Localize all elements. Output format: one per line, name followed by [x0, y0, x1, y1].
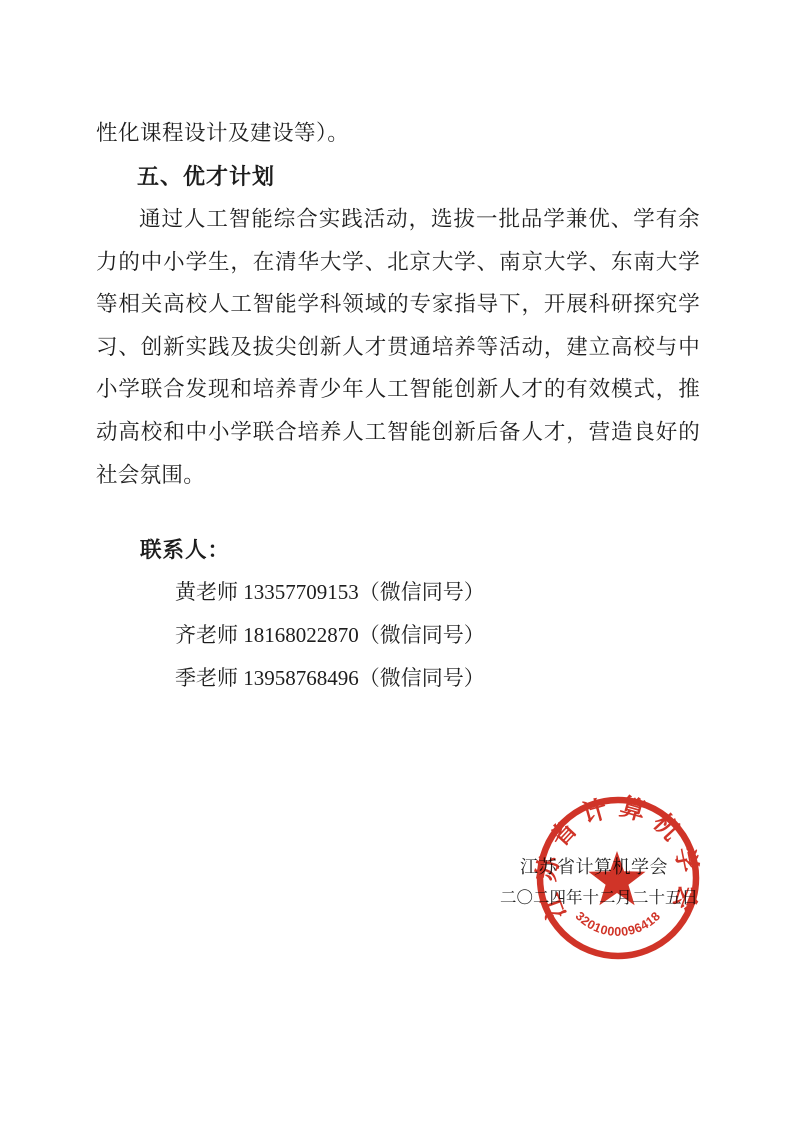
contacts-label: 联系人： — [96, 530, 700, 571]
seal-serial-number: 3201000096418 — [573, 909, 664, 939]
contacts-block: 联系人： 黄老师 13357709153（微信同号） 齐老师 181680228… — [96, 530, 700, 700]
document-page: 性化课程设计及建设等）。 五、优才计划 通过人工智能综合实践活动，选拔一批品学兼… — [0, 0, 794, 1123]
section-heading: 五、优才计划 — [96, 155, 700, 198]
star-icon — [588, 851, 645, 905]
contact-entry: 黄老师 13357709153（微信同号） — [96, 571, 700, 614]
document-body: 性化课程设计及建设等）。 五、优才计划 通过人工智能综合实践活动，选拔一批品学兼… — [96, 112, 700, 700]
contact-entry: 季老师 13958768496（微信同号） — [96, 657, 700, 700]
seal-graphic: 江苏省计算机学会 3201000096418 — [533, 793, 703, 963]
contact-entry: 齐老师 18168022870（微信同号） — [96, 614, 700, 657]
continuation-line: 性化课程设计及建设等）。 — [96, 112, 700, 155]
body-paragraph: 通过人工智能综合实践活动，选拔一批品学兼优、学有余力的中小学生，在清华大学、北京… — [96, 198, 700, 496]
seal-serial-textpath: 3201000096418 — [573, 909, 664, 939]
official-seal-stamp: 江苏省计算机学会 3201000096418 — [533, 793, 703, 963]
